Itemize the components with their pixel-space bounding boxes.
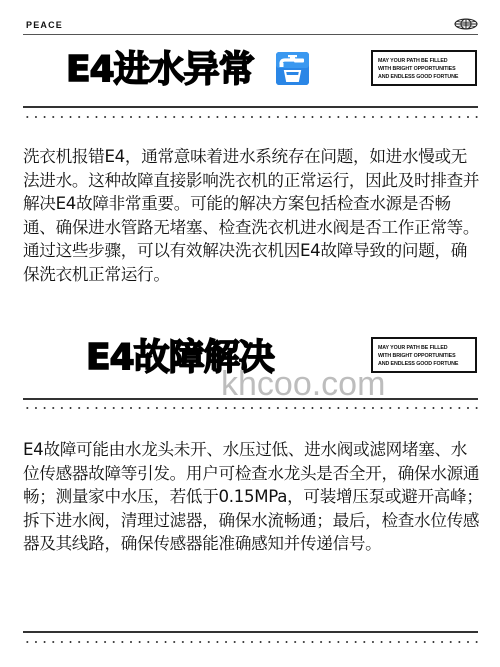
motto-box: MAY YOUR PATH BE FILLED WITH BRIGHT OPPO… bbox=[371, 50, 477, 86]
section1-dotted-divider bbox=[23, 116, 481, 118]
motto-line: MAY YOUR PATH BE FILLED bbox=[378, 344, 471, 352]
water-tap-icon bbox=[276, 52, 309, 85]
section1-rule bbox=[23, 106, 478, 108]
motto-line: WITH BRIGHT OPPORTUNITIES bbox=[378, 65, 471, 73]
header-divider bbox=[23, 34, 478, 35]
brand-label: PEACE bbox=[26, 20, 63, 30]
section2-dotted-divider bbox=[23, 407, 481, 409]
motto-line: AND ENDLESS GOOD FORTUNE bbox=[378, 73, 471, 81]
motto-line: AND ENDLESS GOOD FORTUNE bbox=[378, 360, 471, 368]
motto-line: MAY YOUR PATH BE FILLED bbox=[378, 57, 471, 65]
globe-icon bbox=[454, 18, 478, 30]
footer-rule bbox=[23, 631, 478, 633]
watermark: khcoo.com bbox=[221, 366, 385, 402]
motto-box: MAY YOUR PATH BE FILLED WITH BRIGHT OPPO… bbox=[371, 337, 477, 373]
top-bar: PEACE bbox=[23, 20, 478, 34]
footer-dotted-divider bbox=[23, 641, 481, 643]
section2-rule bbox=[23, 398, 478, 400]
section1-title: E4进水异常 bbox=[66, 48, 254, 92]
section1-paragraph: 洗衣机报错E4，通常意味着进水系统存在问题，如进水慢或无法进水。这种故障直接影响… bbox=[23, 145, 483, 286]
section2-paragraph: E4故障可能由水龙头未开、水压过低、进水阀或滤网堵塞、水位传感器故障等引发。用户… bbox=[23, 438, 483, 556]
motto-line: WITH BRIGHT OPPORTUNITIES bbox=[378, 352, 471, 360]
